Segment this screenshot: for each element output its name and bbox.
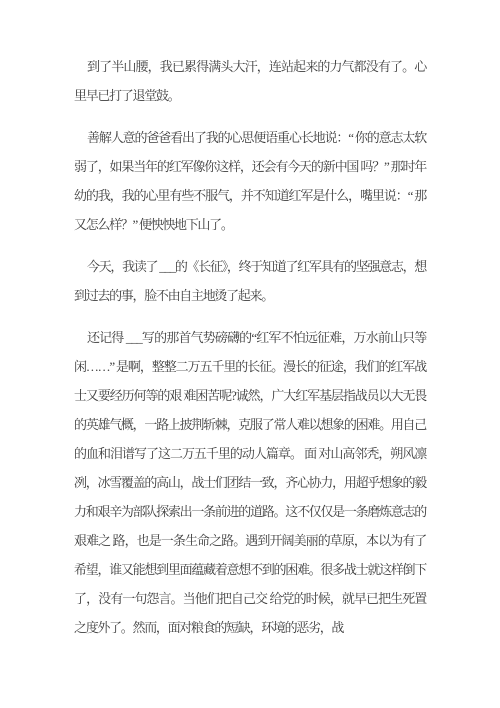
essay-text-block: 到了半山腰，我已累得满头大汗，连站起来的力气都没有了。心里早已打了退堂鼓。 善解… (74, 52, 426, 655)
paragraph-1: 到了半山腰，我已累得满头大汗，连站起来的力气都没有了。心里早已打了退堂鼓。 (74, 52, 426, 110)
paragraph-3: 今天，我读了 ___的《长征》，终于知道了红军具有的坚强意志，想到过去的事，脸不… (74, 252, 426, 310)
paragraph-2: 善解人意的爸爸看出了我的心思便语重心长地说：“ 你的意志太软弱了，如果当年的红军… (74, 123, 426, 239)
document-page: 到了半山腰，我已累得满头大汗，连站起来的力气都没有了。心里早已打了退堂鼓。 善解… (0, 0, 500, 708)
paragraph-4: 还记得 ___写的那首气势磅礴的“红军不怕远征难，万水前山只等闲……” 是啊，整… (74, 323, 426, 642)
